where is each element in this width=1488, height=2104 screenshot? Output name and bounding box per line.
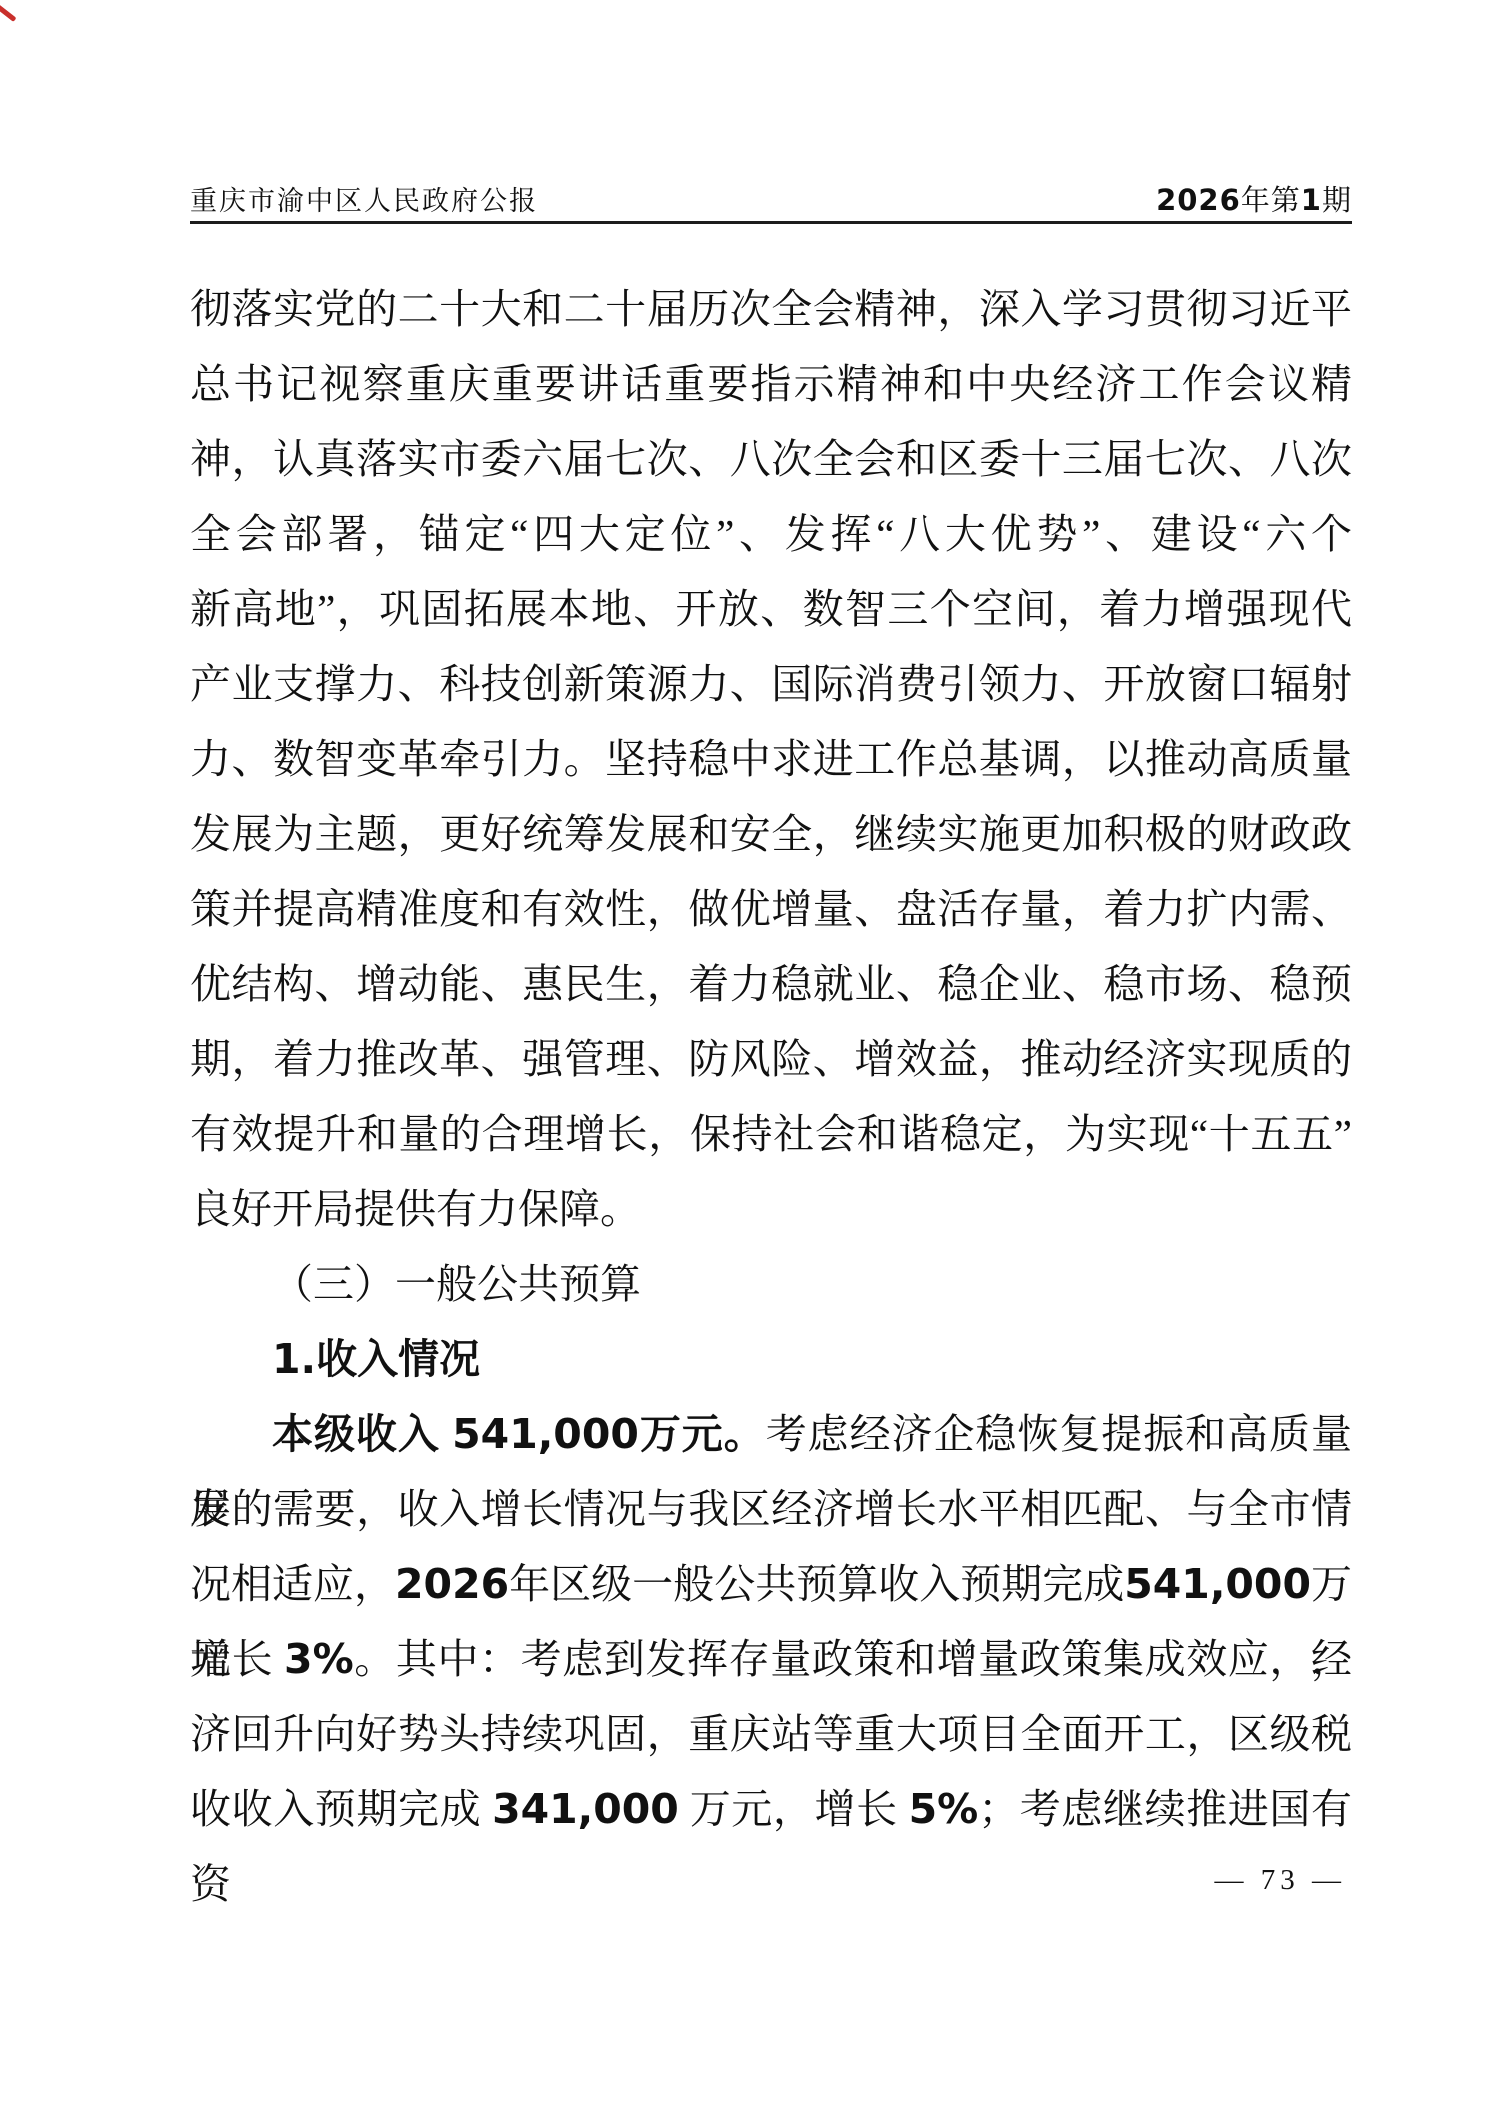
page-number: — 73 — — [1215, 1864, 1347, 1897]
body-lines: 彻落实党的二十大和二十届历次全会精神，深入学习贯彻习近平总书记视察重庆重要讲话重… — [190, 272, 1352, 1847]
body-line: 神，认真落实市委六届七次、八次全会和区委十三届七次、八次 — [190, 422, 1352, 497]
page-header: 重庆市渝中区人民政府公报 2026年第1期 — [190, 178, 1352, 219]
body-line: 期，着力推改革、强管理、防风险、增效益，推动经济实现质的 — [190, 1022, 1352, 1097]
body-line: 优结构、增动能、惠民生，着力稳就业、稳企业、稳市场、稳预 — [190, 947, 1352, 1022]
body-line: 展的需要，收入增长情况与我区经济增长水平相匹配、与全市情 — [190, 1472, 1352, 1547]
header-divider — [190, 221, 1352, 224]
issue-label: 2026年第1期 — [1156, 178, 1352, 219]
body-line: 发展为主题，更好统筹发展和安全，继续实施更加积极的财政政 — [190, 797, 1352, 872]
body-line: 有效提升和量的合理增长，保持社会和谐稳定，为实现“十五五” — [190, 1097, 1352, 1172]
subsection-heading-revenue: 1.收入情况 — [190, 1322, 1352, 1397]
body-line: 新高地”，巩固拓展本地、开放、数智三个空间，着力增强现代 — [190, 572, 1352, 647]
body-line: 总书记视察重庆重要讲话重要指示精神和中央经济工作会议精 — [190, 347, 1352, 422]
body-line: 增长 3%。其中：考虑到发挥存量政策和增量政策集成效应，经 — [190, 1622, 1352, 1697]
section-heading-general-public-budget: （三）一般公共预算 — [190, 1247, 1352, 1322]
body-line: 良好开局提供有力保障。 — [190, 1172, 1352, 1247]
body-line: 彻落实党的二十大和二十届历次全会精神，深入学习贯彻习近平 — [190, 272, 1352, 347]
body-line: 策并提高精准度和有效性，做优增量、盘活存量，着力扩内需、 — [190, 872, 1352, 947]
body-line: 本级收入 541,000万元。考虑经济企稳恢复提振和高质量发 — [190, 1397, 1352, 1472]
body-line: 力、数智变革牵引力。坚持稳中求进工作总基调，以推动高质量 — [190, 722, 1352, 797]
gazette-title: 重庆市渝中区人民政府公报 — [190, 179, 538, 218]
body-line: 产业支撑力、科技创新策源力、国际消费引领力、开放窗口辐射 — [190, 647, 1352, 722]
body-line: 全会部署，锚定“四大定位”、发挥“八大优势”、建设“六个 — [190, 497, 1352, 572]
body-line: 收收入预期完成 341,000 万元，增长 5%；考虑继续推进国有资 — [190, 1772, 1352, 1847]
scan-artifact-mark — [0, 2, 16, 22]
gazette-page: 重庆市渝中区人民政府公报 2026年第1期 彻落实党的二十大和二十届历次全会精神… — [0, 0, 1488, 2104]
body-line: 况相适应，2026年区级一般公共预算收入预期完成541,000万元， — [190, 1547, 1352, 1622]
body-line: 济回升向好势头持续巩固，重庆站等重大项目全面开工，区级税 — [190, 1697, 1352, 1772]
